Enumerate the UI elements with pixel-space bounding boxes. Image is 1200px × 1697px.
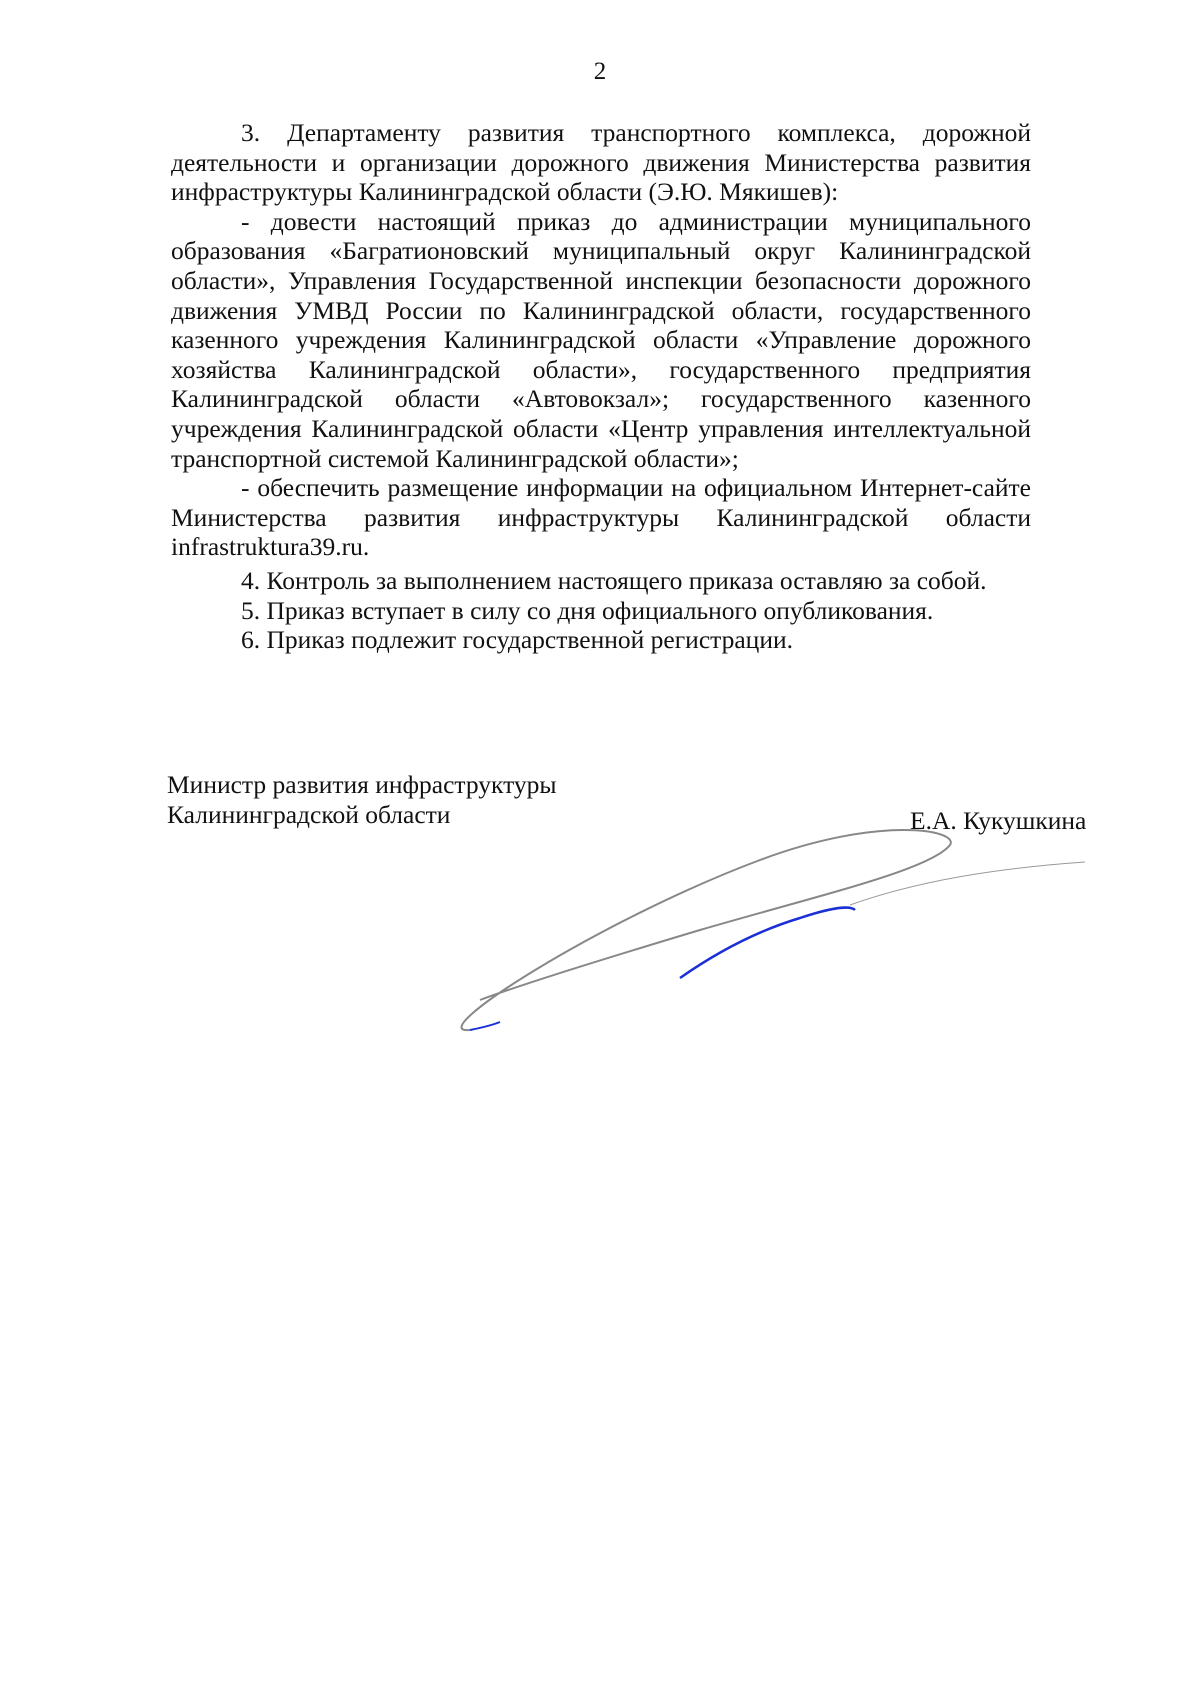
- document-body: 3. Департаменту развития транспортного к…: [171, 118, 1031, 655]
- paragraph-item-4: 4. Контроль за выполнением настоящего пр…: [171, 566, 1031, 596]
- position-line-2: Калининградской области: [167, 800, 557, 830]
- signatory-position: Министр развития инфраструктуры Калининг…: [167, 770, 557, 830]
- paragraph-item-6: 6. Приказ подлежит государственной регис…: [171, 625, 1031, 655]
- paragraph-item-5: 5. Приказ вступает в силу со дня официал…: [171, 596, 1031, 626]
- signatory-name: Е.А. Кукушкина: [910, 806, 1086, 836]
- paragraph-notify-bullet: - довести настоящий приказ до администра…: [171, 207, 1031, 473]
- paragraph-item-3: 3. Департаменту развития транспортного к…: [171, 118, 1031, 207]
- paragraph-website-bullet: - обеспечить размещение информации на оф…: [171, 473, 1031, 562]
- page-number: 2: [0, 58, 1200, 86]
- position-line-1: Министр развития инфраструктуры: [167, 770, 557, 800]
